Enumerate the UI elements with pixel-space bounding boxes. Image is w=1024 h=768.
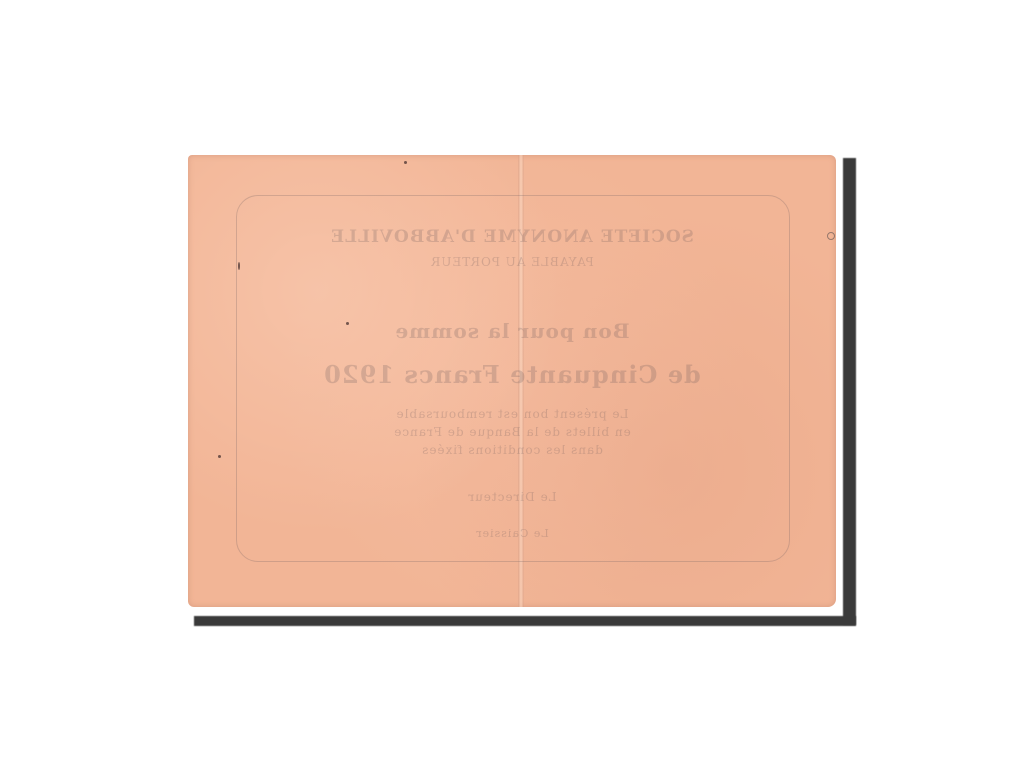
ink-speck <box>238 262 240 270</box>
show-through-line: de Cinquante Francs 1920 <box>188 360 836 389</box>
banknote-reverse: SOCIETE ANONYME D'ABBOVILLE PAYABLE AU P… <box>188 155 836 607</box>
ink-speck <box>218 455 221 458</box>
show-through-line: PAYABLE AU PORTEUR <box>188 255 836 269</box>
show-through-line: dans les conditions fixées <box>188 443 836 457</box>
show-through-line: Le Directeur <box>188 490 836 504</box>
show-through-line: en billets de la Banque de France <box>188 425 836 439</box>
drop-shadow-bottom <box>194 616 856 626</box>
stain-mark <box>827 232 835 240</box>
ink-speck <box>404 161 407 164</box>
show-through-line: Le Caissier <box>188 527 836 540</box>
drop-shadow-right <box>843 158 856 625</box>
show-through-line: SOCIETE ANONYME D'ABBOVILLE <box>188 227 836 247</box>
show-through-line: Le présent bon est remboursable <box>188 407 836 421</box>
show-through-line: Bon pour la somme <box>188 319 836 343</box>
ink-speck <box>346 322 349 325</box>
